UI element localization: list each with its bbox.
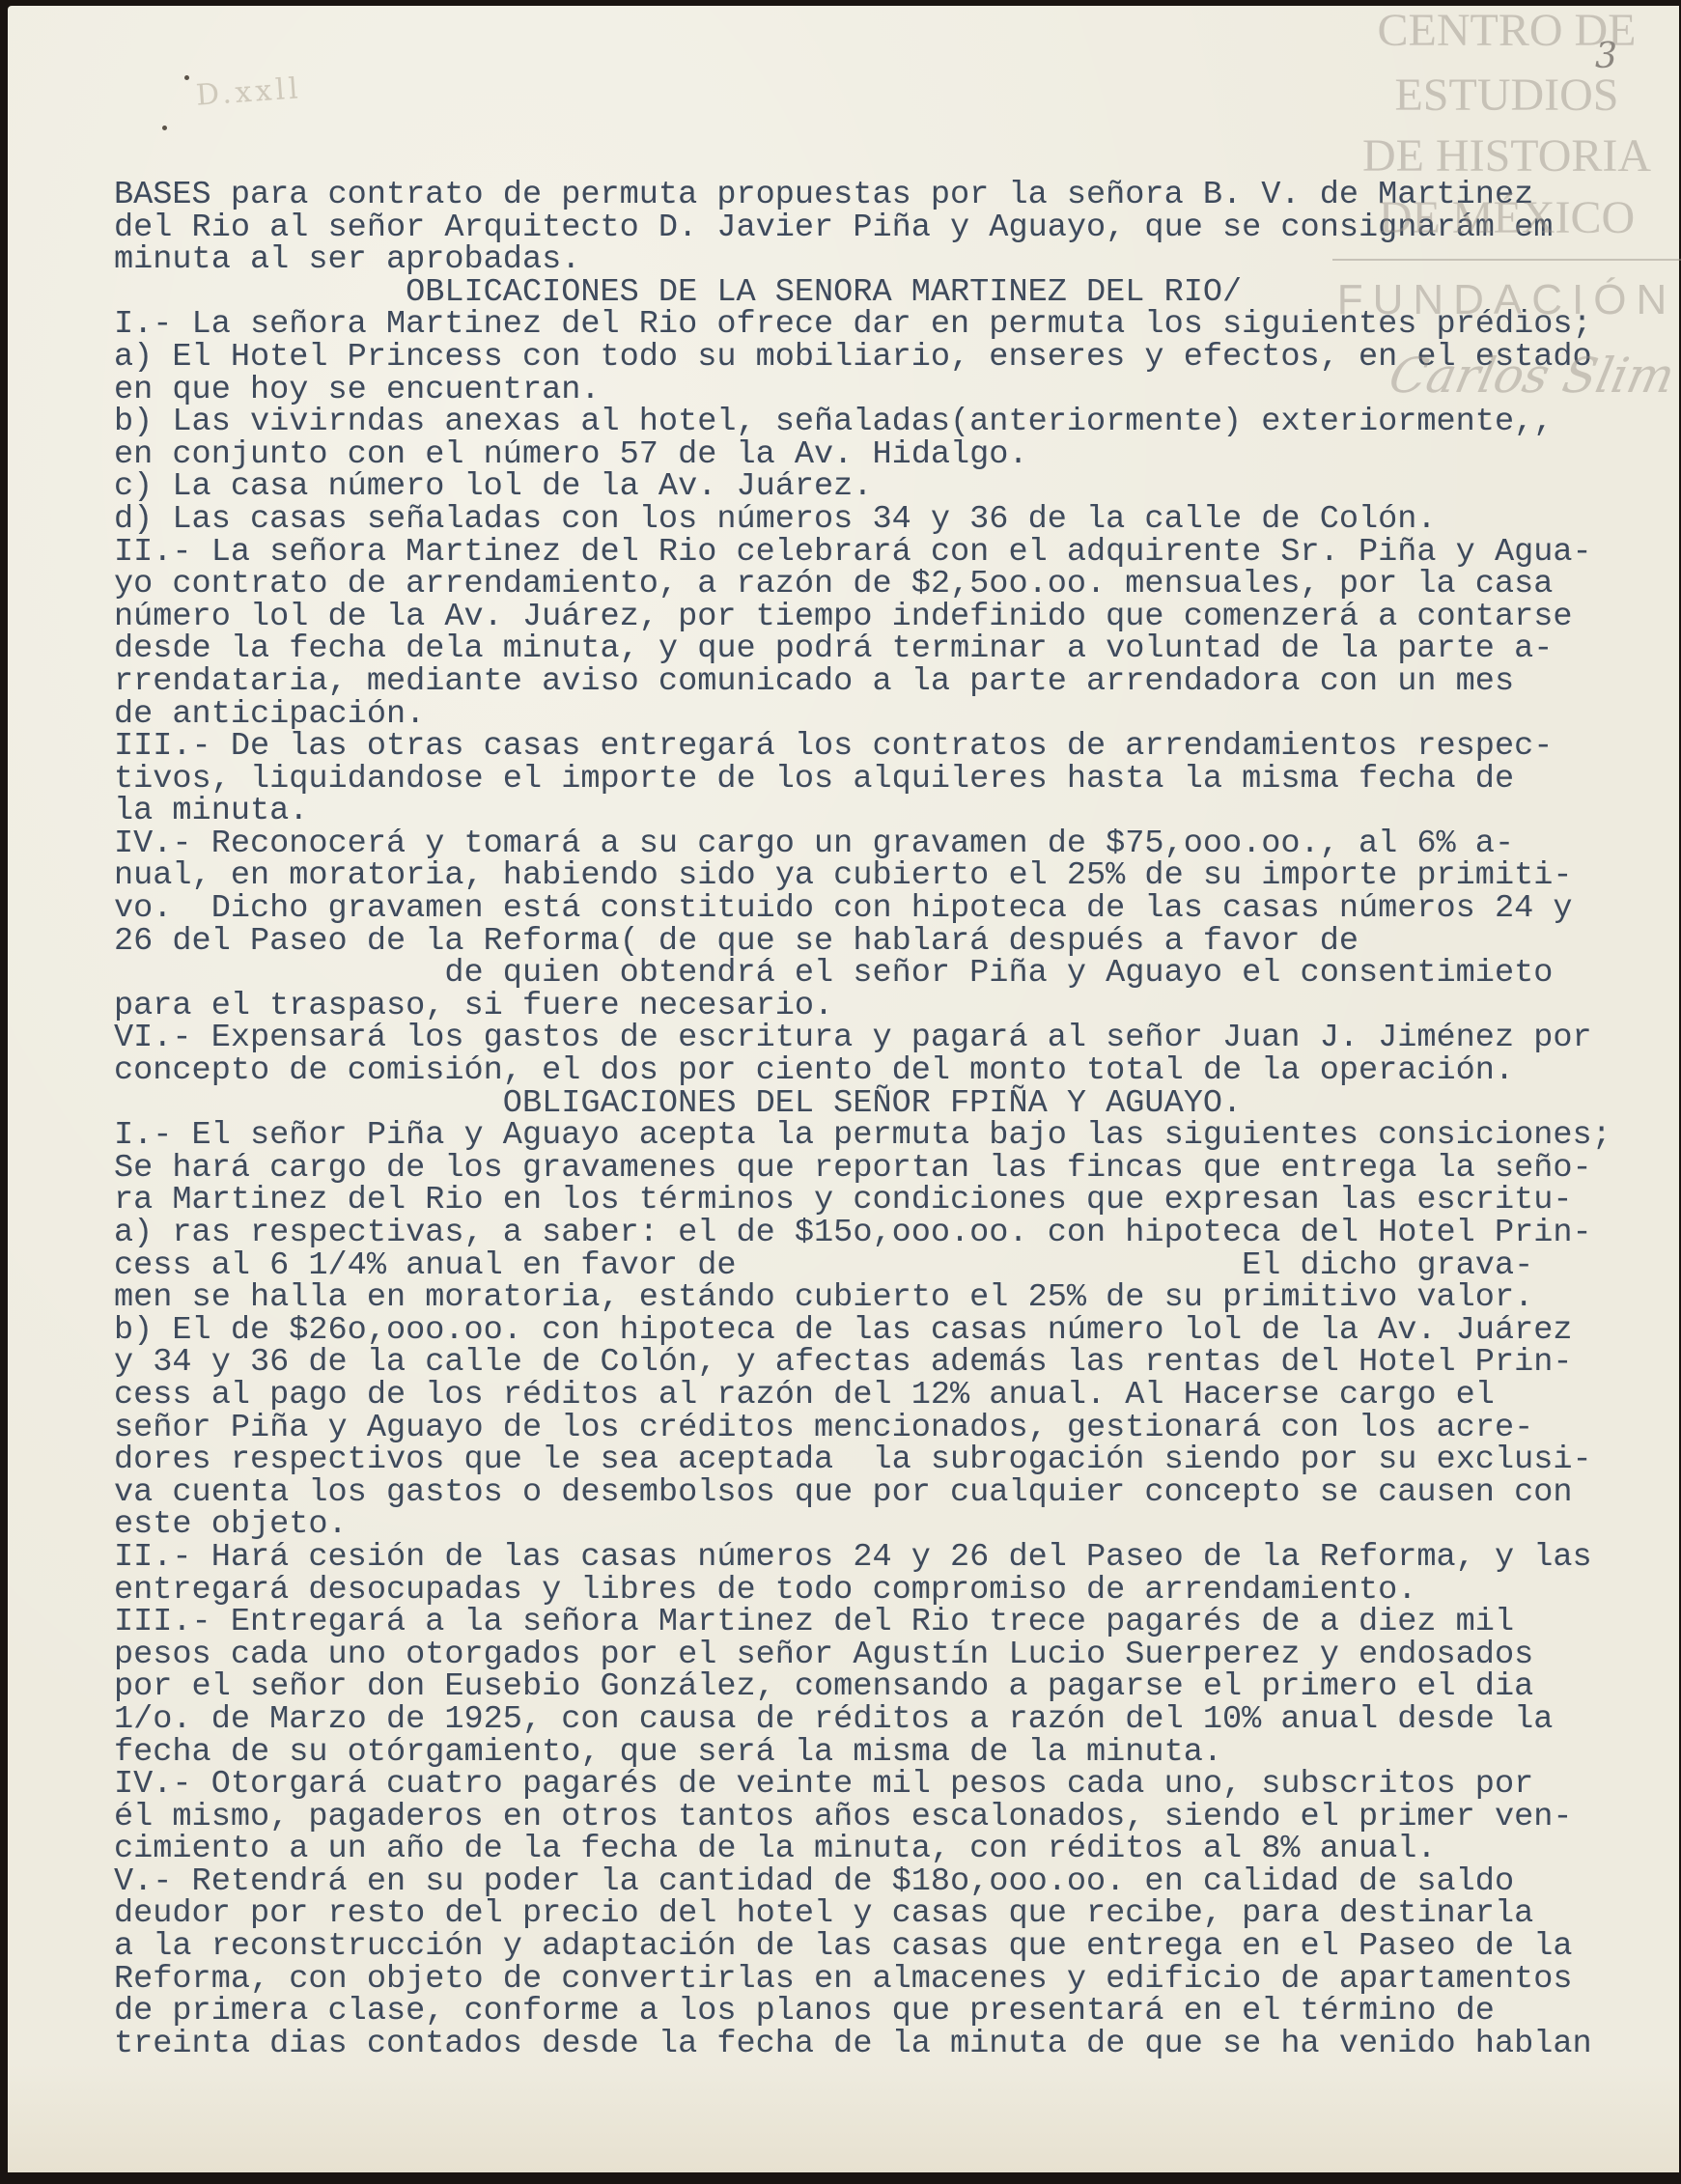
text-line: concepto de comisión, el dos por ciento … <box>114 1055 1611 1088</box>
pin-hole <box>162 126 167 130</box>
text-line: b) El de $26o,ooo.oo. con hipoteca de la… <box>114 1315 1611 1348</box>
text-line: V.- Retendrá en su poder la cantidad de … <box>114 1866 1611 1899</box>
text-line: y 34 y 36 de la calle de Colón, y afecta… <box>114 1347 1611 1380</box>
text-line: men se halla en moratoria, estándo cubie… <box>114 1282 1611 1315</box>
text-line: 1/o. de Marzo de 1925, con causa de rédi… <box>114 1704 1611 1737</box>
text-line: señor Piña y Aguayo de los créditos menc… <box>114 1413 1611 1445</box>
text-line: deudor por resto del precio del hotel y … <box>114 1898 1611 1931</box>
text-line: rrendataria, mediante aviso comunicado a… <box>114 666 1611 699</box>
text-line: de anticipación. <box>114 699 1611 732</box>
watermark-divider <box>1332 259 1681 261</box>
text-line: c) La casa número lol de la Av. Juárez. <box>114 471 1611 504</box>
text-line: pesos cada uno otorgados por el señor Ag… <box>114 1639 1611 1672</box>
text-line: nual, en moratoria, habiendo sido ya cub… <box>114 860 1611 893</box>
watermark-line: CENTRO DE <box>1332 8 1681 54</box>
text-line: IV.- Otorgará cuatro pagarés de veinte m… <box>114 1769 1611 1802</box>
text-line: b) Las vivirndas anexas al hotel, señala… <box>114 406 1611 439</box>
text-line: de primera clase, conforme a los planos … <box>114 1996 1611 2029</box>
text-line: OBLIGACIONES DEL SEÑOR FPIÑA Y AGUAYO. <box>114 1088 1611 1121</box>
text-line: número lol de la Av. Juárez, por tiempo … <box>114 602 1611 634</box>
text-line: ra Martinez del Rio en los términos y co… <box>114 1185 1611 1218</box>
text-line: de quien obtendrá el señor Piña y Aguayo… <box>114 958 1611 991</box>
page-number: 3 <box>1595 37 1617 76</box>
text-line: VI.- Expensará los gastos de escritura y… <box>114 1022 1611 1055</box>
text-line: II.- La señora Martinez del Rio celebrar… <box>114 537 1611 570</box>
text-line: desde la fecha dela minuta, y que podrá … <box>114 633 1611 666</box>
text-line: cess al pago de los réditos al razón del… <box>114 1380 1611 1413</box>
text-line: va cuenta los gastos o desembolsos que p… <box>114 1477 1611 1510</box>
text-line: fecha de su otórgamiento, que será la mi… <box>114 1737 1611 1770</box>
text-line: este objeto. <box>114 1509 1611 1542</box>
typewritten-text: BASES para contrato de permuta propuesta… <box>114 180 1611 2060</box>
text-line: treinta dias contados desde la fecha de … <box>114 2029 1611 2061</box>
text-line: III.- De las otras casas entregará los c… <box>114 731 1611 764</box>
text-line: tivos, liquidandose el importe de los al… <box>114 764 1611 797</box>
text-line: Se hará cargo de los gravamenes que repo… <box>114 1153 1611 1186</box>
text-line: la minuta. <box>114 796 1611 828</box>
text-line: yo contrato de arrendamiento, a razón de… <box>114 569 1611 602</box>
text-line: para el traspaso, si fuere necesario. <box>114 991 1611 1023</box>
text-line: II.- Hará cesión de las casas números 24… <box>114 1542 1611 1575</box>
text-line: Reforma, con objeto de convertirlas en a… <box>114 1964 1611 1997</box>
pin-hole <box>184 75 189 80</box>
text-line: a) ras respectivas, a saber: el de $15o,… <box>114 1218 1611 1250</box>
text-line: I.- El señor Piña y Aguayo acepta la per… <box>114 1120 1611 1153</box>
text-line: III.- Entregará a la señora Martinez del… <box>114 1607 1611 1639</box>
text-line: entregará desocupadas y libres de todo c… <box>114 1575 1611 1608</box>
text-line: d) Las casas señaladas con los números 3… <box>114 504 1611 537</box>
watermark-line: DE HISTORIA <box>1332 133 1681 180</box>
watermark-foundation: FUNDACIÓN <box>1332 276 1681 324</box>
text-line: cess al 6 1/4% anual en favor de El dich… <box>114 1250 1611 1283</box>
watermark-signature: Carlos Slim <box>1385 348 1680 404</box>
text-line: por el señor don Eusebio González, comen… <box>114 1671 1611 1704</box>
watermark-line: ESTUDIOS <box>1332 72 1681 119</box>
watermark-line: DE MÉXICO <box>1332 195 1681 241</box>
pencil-annotation: D.xxll <box>195 71 303 113</box>
text-line: él mismo, pagaderos en otros tantos años… <box>114 1802 1611 1834</box>
text-line: vo. Dicho gravamen está constituido con … <box>114 893 1611 926</box>
text-line: en conjunto con el número 57 de la Av. H… <box>114 439 1611 472</box>
text-line: a la reconstrucción y adaptación de las … <box>114 1931 1611 1964</box>
archive-watermark: CENTRO DE ESTUDIOS DE HISTORIA DE MÉXICO… <box>1332 0 1681 406</box>
text-line: IV.- Reconocerá y tomará a su cargo un g… <box>114 828 1611 861</box>
text-line: cimiento a un año de la fecha de la minu… <box>114 1834 1611 1866</box>
text-line: 26 del Paseo de la Reforma( de que se ha… <box>114 926 1611 959</box>
text-line: dores respectivos que le sea aceptada la… <box>114 1444 1611 1477</box>
